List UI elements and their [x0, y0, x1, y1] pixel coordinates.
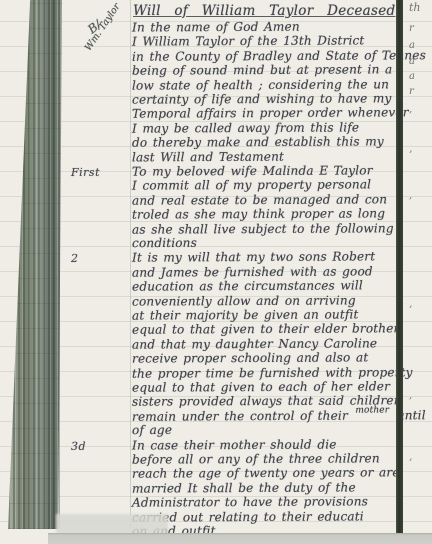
- section-marker-third: 3d: [71, 439, 86, 452]
- section-marker-second: 2: [71, 252, 79, 265]
- adjacent-page-letter: ,: [409, 390, 412, 401]
- line-text: In case their mother should die: [132, 437, 337, 452]
- handwritten-line: I commit all of my property personal: [132, 178, 371, 193]
- handwritten-line: In the name of God Amen: [132, 20, 300, 35]
- adjacent-page-letter: th: [409, 1, 421, 14]
- handwritten-line: certainty of life and wishing to have my: [132, 91, 392, 106]
- line-text: remain under the control of their: [132, 408, 348, 423]
- handwritten-line: troled as she may think proper as long: [132, 207, 385, 222]
- adjacent-page-letter: r: [409, 86, 414, 97]
- handwritten-line: Temporal affairs in proper order wheneve…: [132, 106, 409, 121]
- handwritten-line: First To my beloved wife Malinda E Taylo…: [132, 163, 373, 178]
- adjacent-page-letter: r: [409, 23, 414, 34]
- handwritten-line: married It shall be the duty of the: [132, 480, 356, 495]
- adjacent-page-letter: ’: [409, 150, 412, 161]
- handwritten-line: and James be furnished with as good: [132, 264, 373, 279]
- section-marker-first: First: [71, 166, 100, 179]
- adjacent-page-letter: ,: [409, 104, 412, 115]
- handwritten-line: do thereby make and establish this my: [132, 135, 384, 150]
- scan-edge-strip: [48, 533, 432, 544]
- handwritten-line: equal to that given to each of her elder: [132, 379, 390, 394]
- scanned-will-page: B/ Wm. Taylor Will of William Taylor Dec…: [0, 0, 432, 544]
- adjacent-page-letter: ,: [409, 190, 412, 201]
- adjacent-page-letter: a: [409, 40, 415, 51]
- adjacent-page-letter: ’: [409, 305, 412, 316]
- adjacent-page-letter: ’: [409, 458, 412, 469]
- handwritten-line: being of sound mind but at present in a: [132, 63, 392, 78]
- handwritten-line: I may be called away from this life: [132, 120, 359, 135]
- adjacent-page-letter: a: [409, 71, 415, 82]
- margin-rule-left: [59, 0, 60, 529]
- handwritten-line: education as the circumstances will: [132, 279, 363, 294]
- handwritten-line: 3d In case their mother should die: [132, 437, 337, 452]
- handwritten-line: reach the age of twenty one years or are: [132, 466, 400, 481]
- handwritten-line: before all or any of the three children: [132, 451, 380, 466]
- line-text: To my beloved wife Malinda E Taylor: [132, 163, 373, 178]
- handwritten-line: 2 It is my will that my two sons Robert: [132, 250, 375, 265]
- handwritten-line: of age: [132, 423, 172, 437]
- handwritten-line: equal to that given to their elder broth…: [132, 322, 399, 337]
- handwritten-line: last Will and Testament: [132, 149, 284, 164]
- handwritten-line: the proper time be furnished with proper…: [132, 365, 413, 380]
- handwritten-line: and real estate to be managed and con: [132, 192, 387, 207]
- handwritten-line: receive proper schooling and also at: [132, 351, 368, 366]
- handwritten-line: I William Taylor of the 13th District: [132, 34, 364, 49]
- page-binding-line: [396, 0, 403, 533]
- page-title: Will of William Taylor Deceased: [133, 3, 395, 19]
- handwritten-line: at their majority be given an outfit: [132, 307, 359, 322]
- handwritten-line: in the County of Bradley and State of Te…: [132, 48, 426, 64]
- line-text: It is my will that my two sons Robert: [132, 250, 375, 265]
- adjacent-page-letter: a: [409, 56, 415, 67]
- handwritten-line: as she shall live subject to the followi…: [132, 221, 394, 236]
- scan-smudge: [56, 514, 168, 534]
- handwritten-line: Administrator to have the provisions: [132, 495, 368, 510]
- handwritten-line: low state of health ; considering the un: [132, 77, 389, 92]
- margin-rule-right: [130, 0, 131, 529]
- handwritten-line: conditions: [132, 236, 197, 250]
- handwritten-line-with-insert: remain under the control of their mother…: [132, 408, 426, 424]
- handwritten-line: conveniently allow and on arriving: [132, 293, 356, 308]
- inserted-word-above-line: mother: [355, 405, 389, 415]
- handwritten-line: and that my daughter Nancy Caroline: [132, 336, 377, 351]
